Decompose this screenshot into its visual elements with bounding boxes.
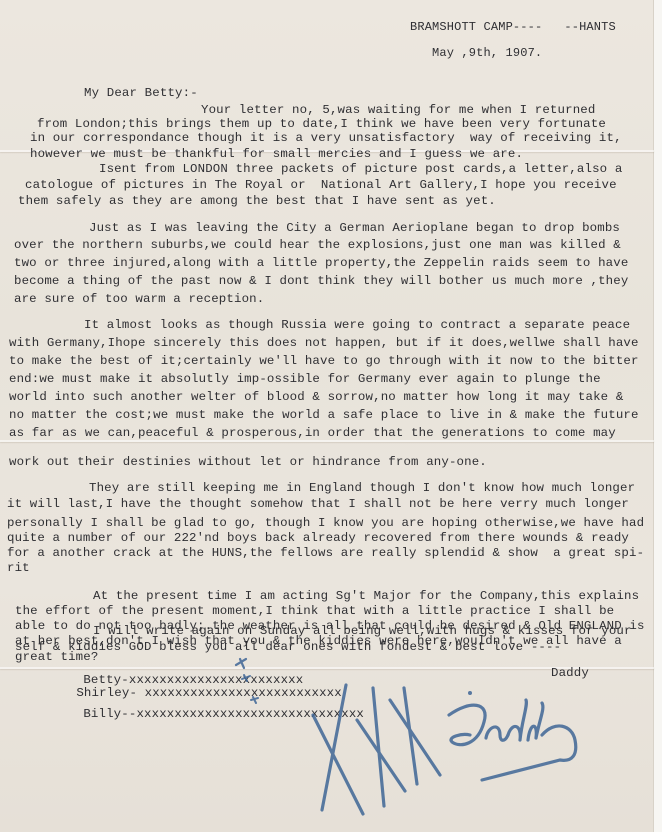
signature-D: [449, 705, 485, 745]
handwritten-signature: [0, 0, 662, 832]
pencil-x-mark: [251, 697, 258, 703]
pencil-x-mark: [236, 659, 246, 668]
pencil-x-mark: [242, 675, 250, 681]
